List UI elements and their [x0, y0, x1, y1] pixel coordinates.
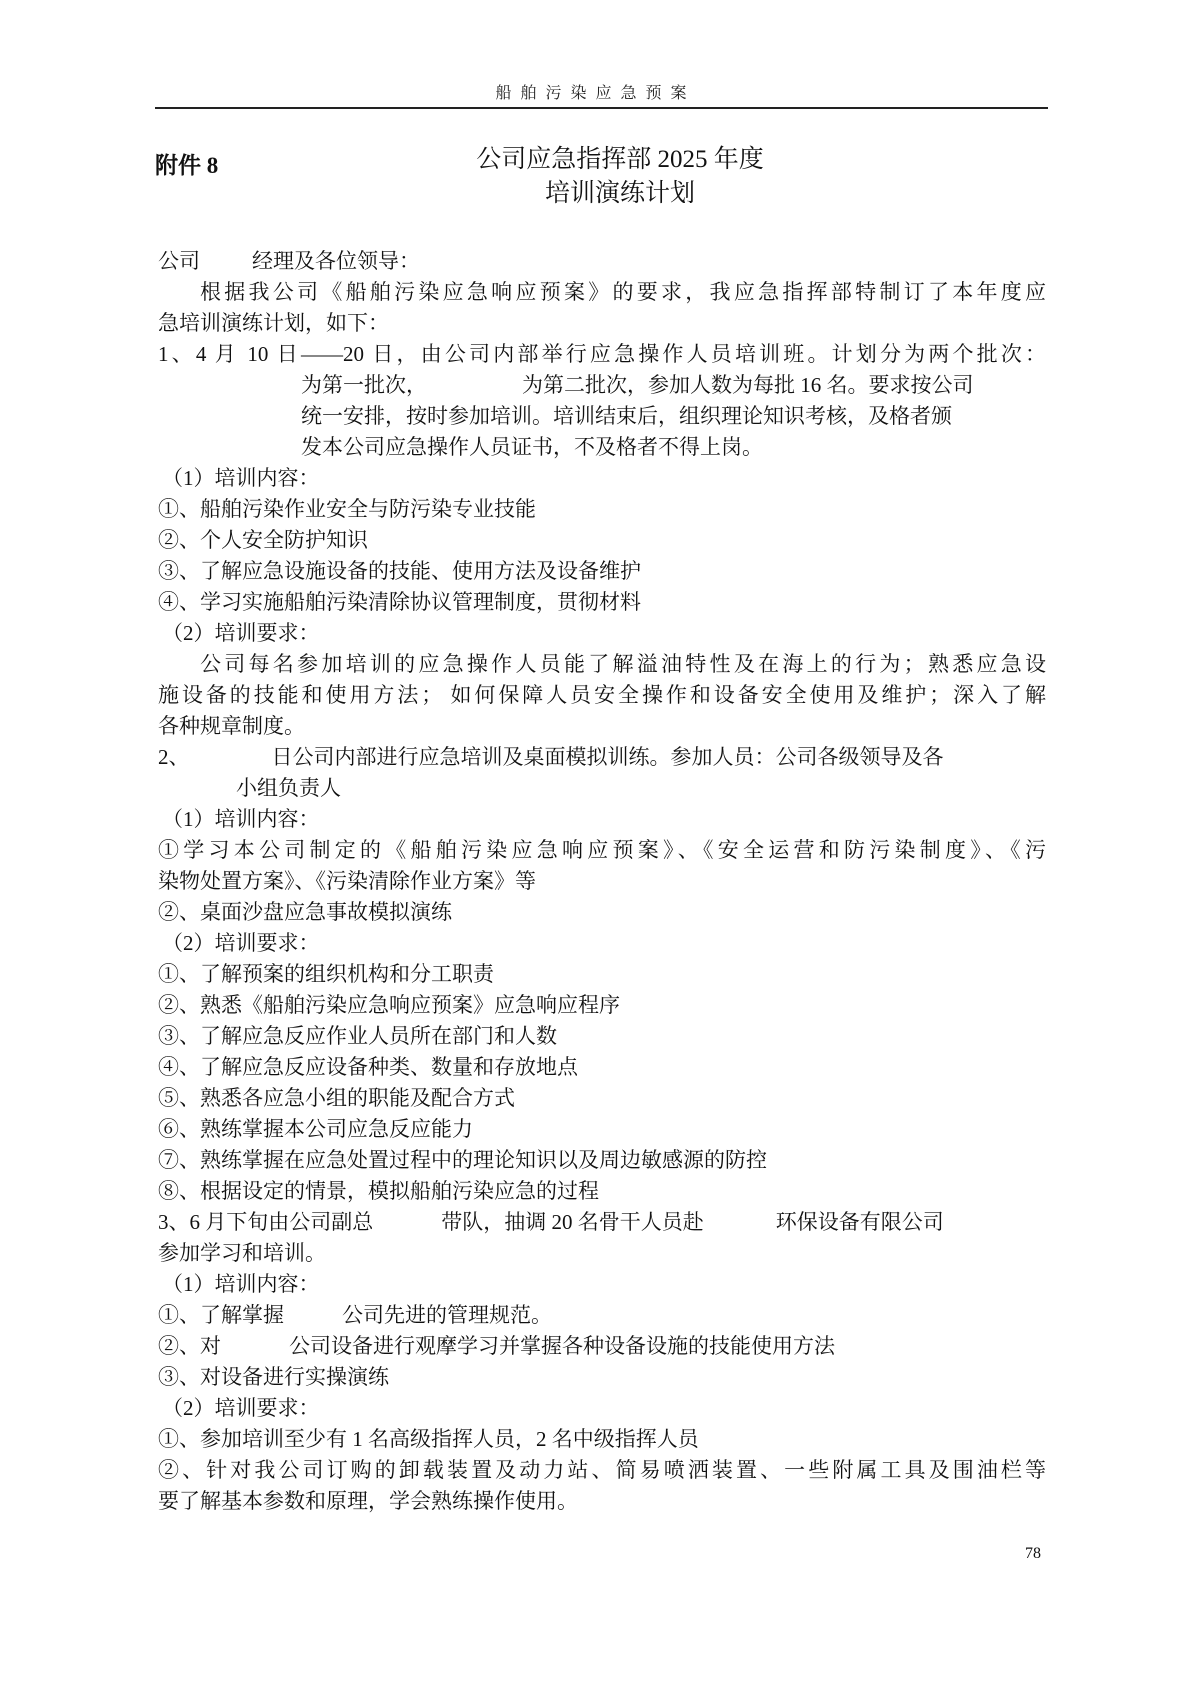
section1-content-item: ③、了解应急设施设备的技能、使用方法及设备维护: [158, 556, 1046, 587]
section2-req-item: ⑦、熟练掌握在应急处置过程中的理论知识以及周边敏感源的防控: [158, 1145, 1046, 1176]
section3-req-heading: （2）培训要求：: [158, 1393, 1046, 1424]
intro-line-2: 急培训演练计划，如下：: [158, 308, 1046, 339]
section1-req-line-2: 施设备的技能和使用方法； 如何保障人员安全操作和设备安全使用及维护；深入了解: [158, 680, 1046, 711]
section2-req-item: ②、熟悉《船舶污染应急响应预案》应急响应程序: [158, 990, 1046, 1021]
section2-req-heading: （2）培训要求：: [158, 928, 1046, 959]
section1-content-heading: （1）培训内容：: [158, 463, 1046, 494]
section2-line-1: 2、日公司内部进行应急培训及桌面模拟训练。参加人员：公司各级领导及各: [158, 742, 1046, 773]
section2-req-item: ①、了解预案的组织机构和分工职责: [158, 959, 1046, 990]
section2-req-item: ⑥、熟练掌握本公司应急反应能力: [158, 1114, 1046, 1145]
section1-req-line-1: 公司每名参加培训的应急操作人员能了解溢油特性及在海上的行为；熟悉应急设: [158, 649, 1046, 680]
section3-req-item-2-line-2: 要了解基本参数和原理，学会熟练操作使用。: [158, 1486, 1046, 1517]
section3-line-2: 参加学习和培训。: [158, 1238, 1046, 1269]
section1-line-1: 1、4 月 10 日——20 日，由公司内部举行应急操作人员培训班。计划分为两个…: [158, 339, 1046, 370]
running-header-title: 船舶污染应急预案: [0, 80, 1191, 103]
intro-line-1: 根据我公司《船舶污染应急响应预案》的要求，我应急指挥部特制订了本年度应: [158, 277, 1046, 308]
section2-req-item: ③、了解应急反应作业人员所在部门和人数: [158, 1021, 1046, 1052]
section3-content-heading: （1）培训内容：: [158, 1269, 1046, 1300]
section2-content-line-2: 染物处置方案》、《污染清除作业方案》等: [158, 866, 1046, 897]
section1-content-item: ①、船舶污染作业安全与防污染专业技能: [158, 494, 1046, 525]
document-body: 公司经理及各位领导： 根据我公司《船舶污染应急响应预案》的要求，我应急指挥部特制…: [158, 246, 1046, 1517]
section2-line-2: 小组负责人: [158, 773, 1046, 804]
title-line-2: 培训演练计划: [300, 177, 940, 211]
section3-content-item: ③、对设备进行实操演练: [158, 1362, 1046, 1393]
section3-content-item: ②、对公司设备进行观摩学习并掌握各种设备设施的技能使用方法: [158, 1331, 1046, 1362]
section1-req-line-3: 各种规章制度。: [158, 711, 1046, 742]
section2-req-item: ⑧、根据设定的情景，模拟船舶污染应急的过程: [158, 1176, 1046, 1207]
salutation: 公司经理及各位领导：: [158, 246, 1046, 277]
section1-line-3: 统一安排，按时参加培训。培训结束后，组织理论知识考核，及格者颁: [158, 401, 1046, 432]
section1-req-heading: （2）培训要求：: [158, 618, 1046, 649]
page-number: 78: [1025, 1545, 1041, 1563]
section1-content-item: ②、个人安全防护知识: [158, 525, 1046, 556]
section2-content-item: ②、桌面沙盘应急事故模拟演练: [158, 897, 1046, 928]
section2-req-item: ⑤、熟悉各应急小组的职能及配合方式: [158, 1083, 1046, 1114]
annex-label: 附件 8: [155, 147, 218, 180]
section3-req-item-2-line-1: ②、针对我公司订购的卸载装置及动力站、简易喷洒装置、一些附属工具及围油栏等: [158, 1455, 1046, 1486]
section2-content-line-1: ①学习本公司制定的《船舶污染应急响应预案》、《安全运营和防污染制度》、《污: [158, 835, 1046, 866]
section2-req-item: ④、了解应急反应设备种类、数量和存放地点: [158, 1052, 1046, 1083]
section3-req-item: ①、参加培训至少有 1 名高级指挥人员，2 名中级指挥人员: [158, 1424, 1046, 1455]
document-title: 公司应急指挥部 2025 年度 培训演练计划: [300, 143, 940, 211]
section1-line-4: 发本公司应急操作人员证书，不及格者不得上岗。: [158, 432, 1046, 463]
section2-content-heading: （1）培训内容：: [158, 804, 1046, 835]
title-line-1: 公司应急指挥部 2025 年度: [300, 143, 940, 177]
header-divider: [155, 107, 1048, 109]
section1-content-item: ④、学习实施船舶污染清除协议管理制度，贯彻材料: [158, 587, 1046, 618]
section1-line-2: 为第一批次，为第二批次，参加人数为每批 16 名。要求按公司: [158, 370, 1046, 401]
section3-line-1: 3、6 月下旬由公司副总带队，抽调 20 名骨干人员赴环保设备有限公司: [158, 1207, 1046, 1238]
section3-content-item: ①、了解掌握公司先进的管理规范。: [158, 1300, 1046, 1331]
